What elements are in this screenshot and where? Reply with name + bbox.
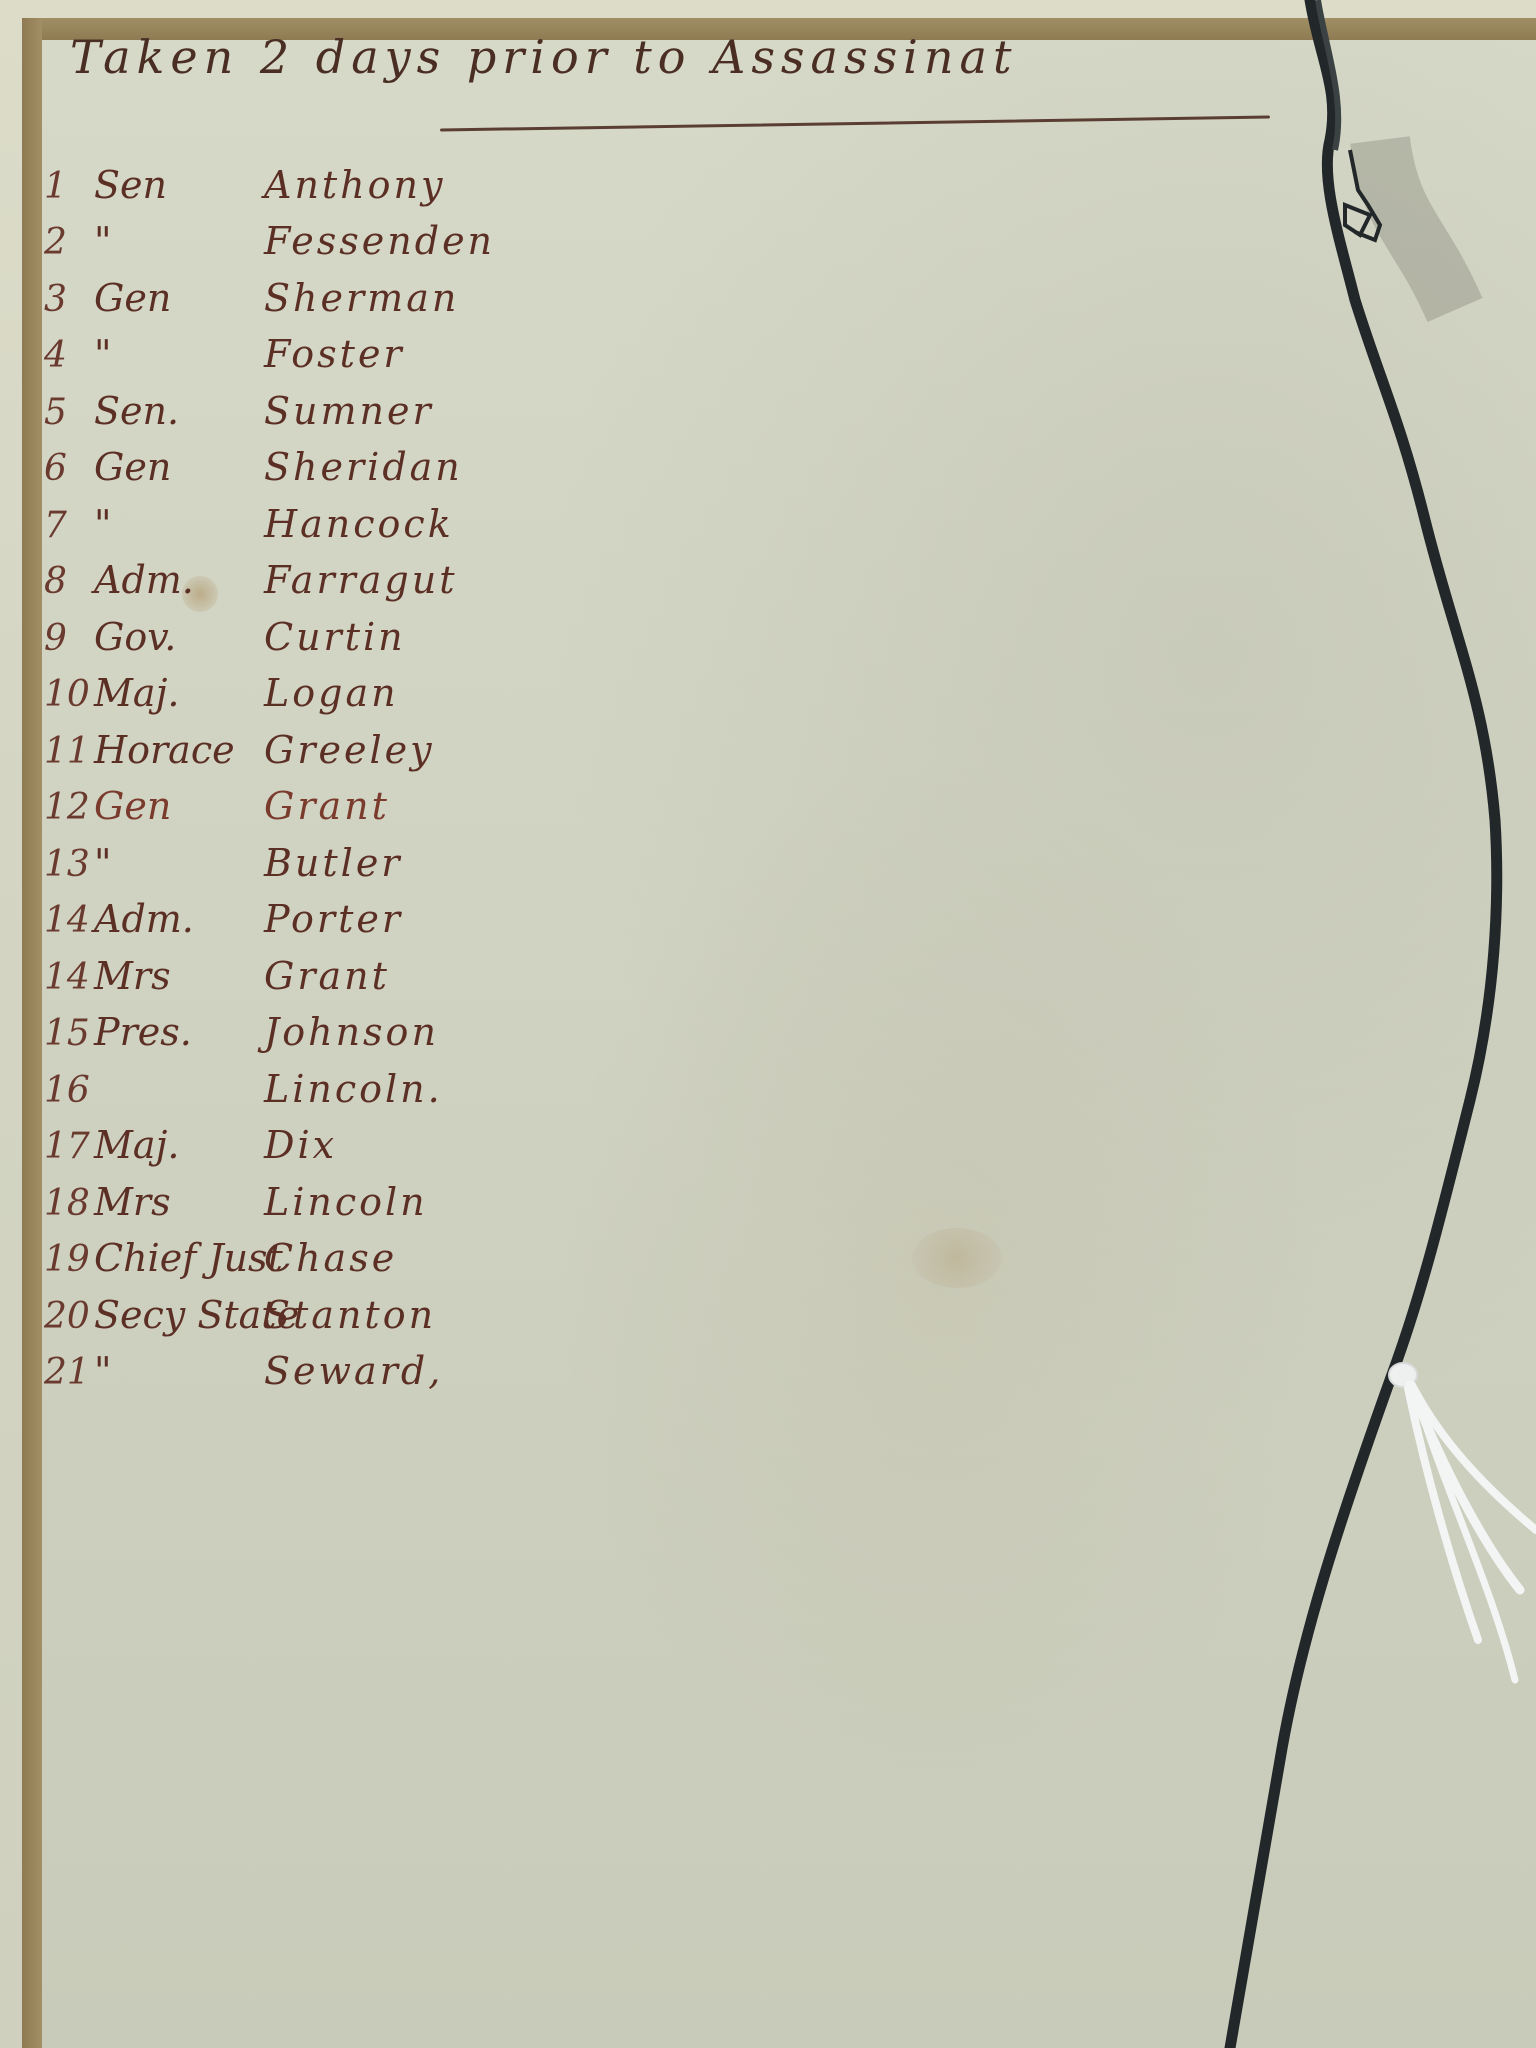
thread-tassel — [1389, 1363, 1536, 1680]
hanging-wire — [0, 0, 1536, 2048]
